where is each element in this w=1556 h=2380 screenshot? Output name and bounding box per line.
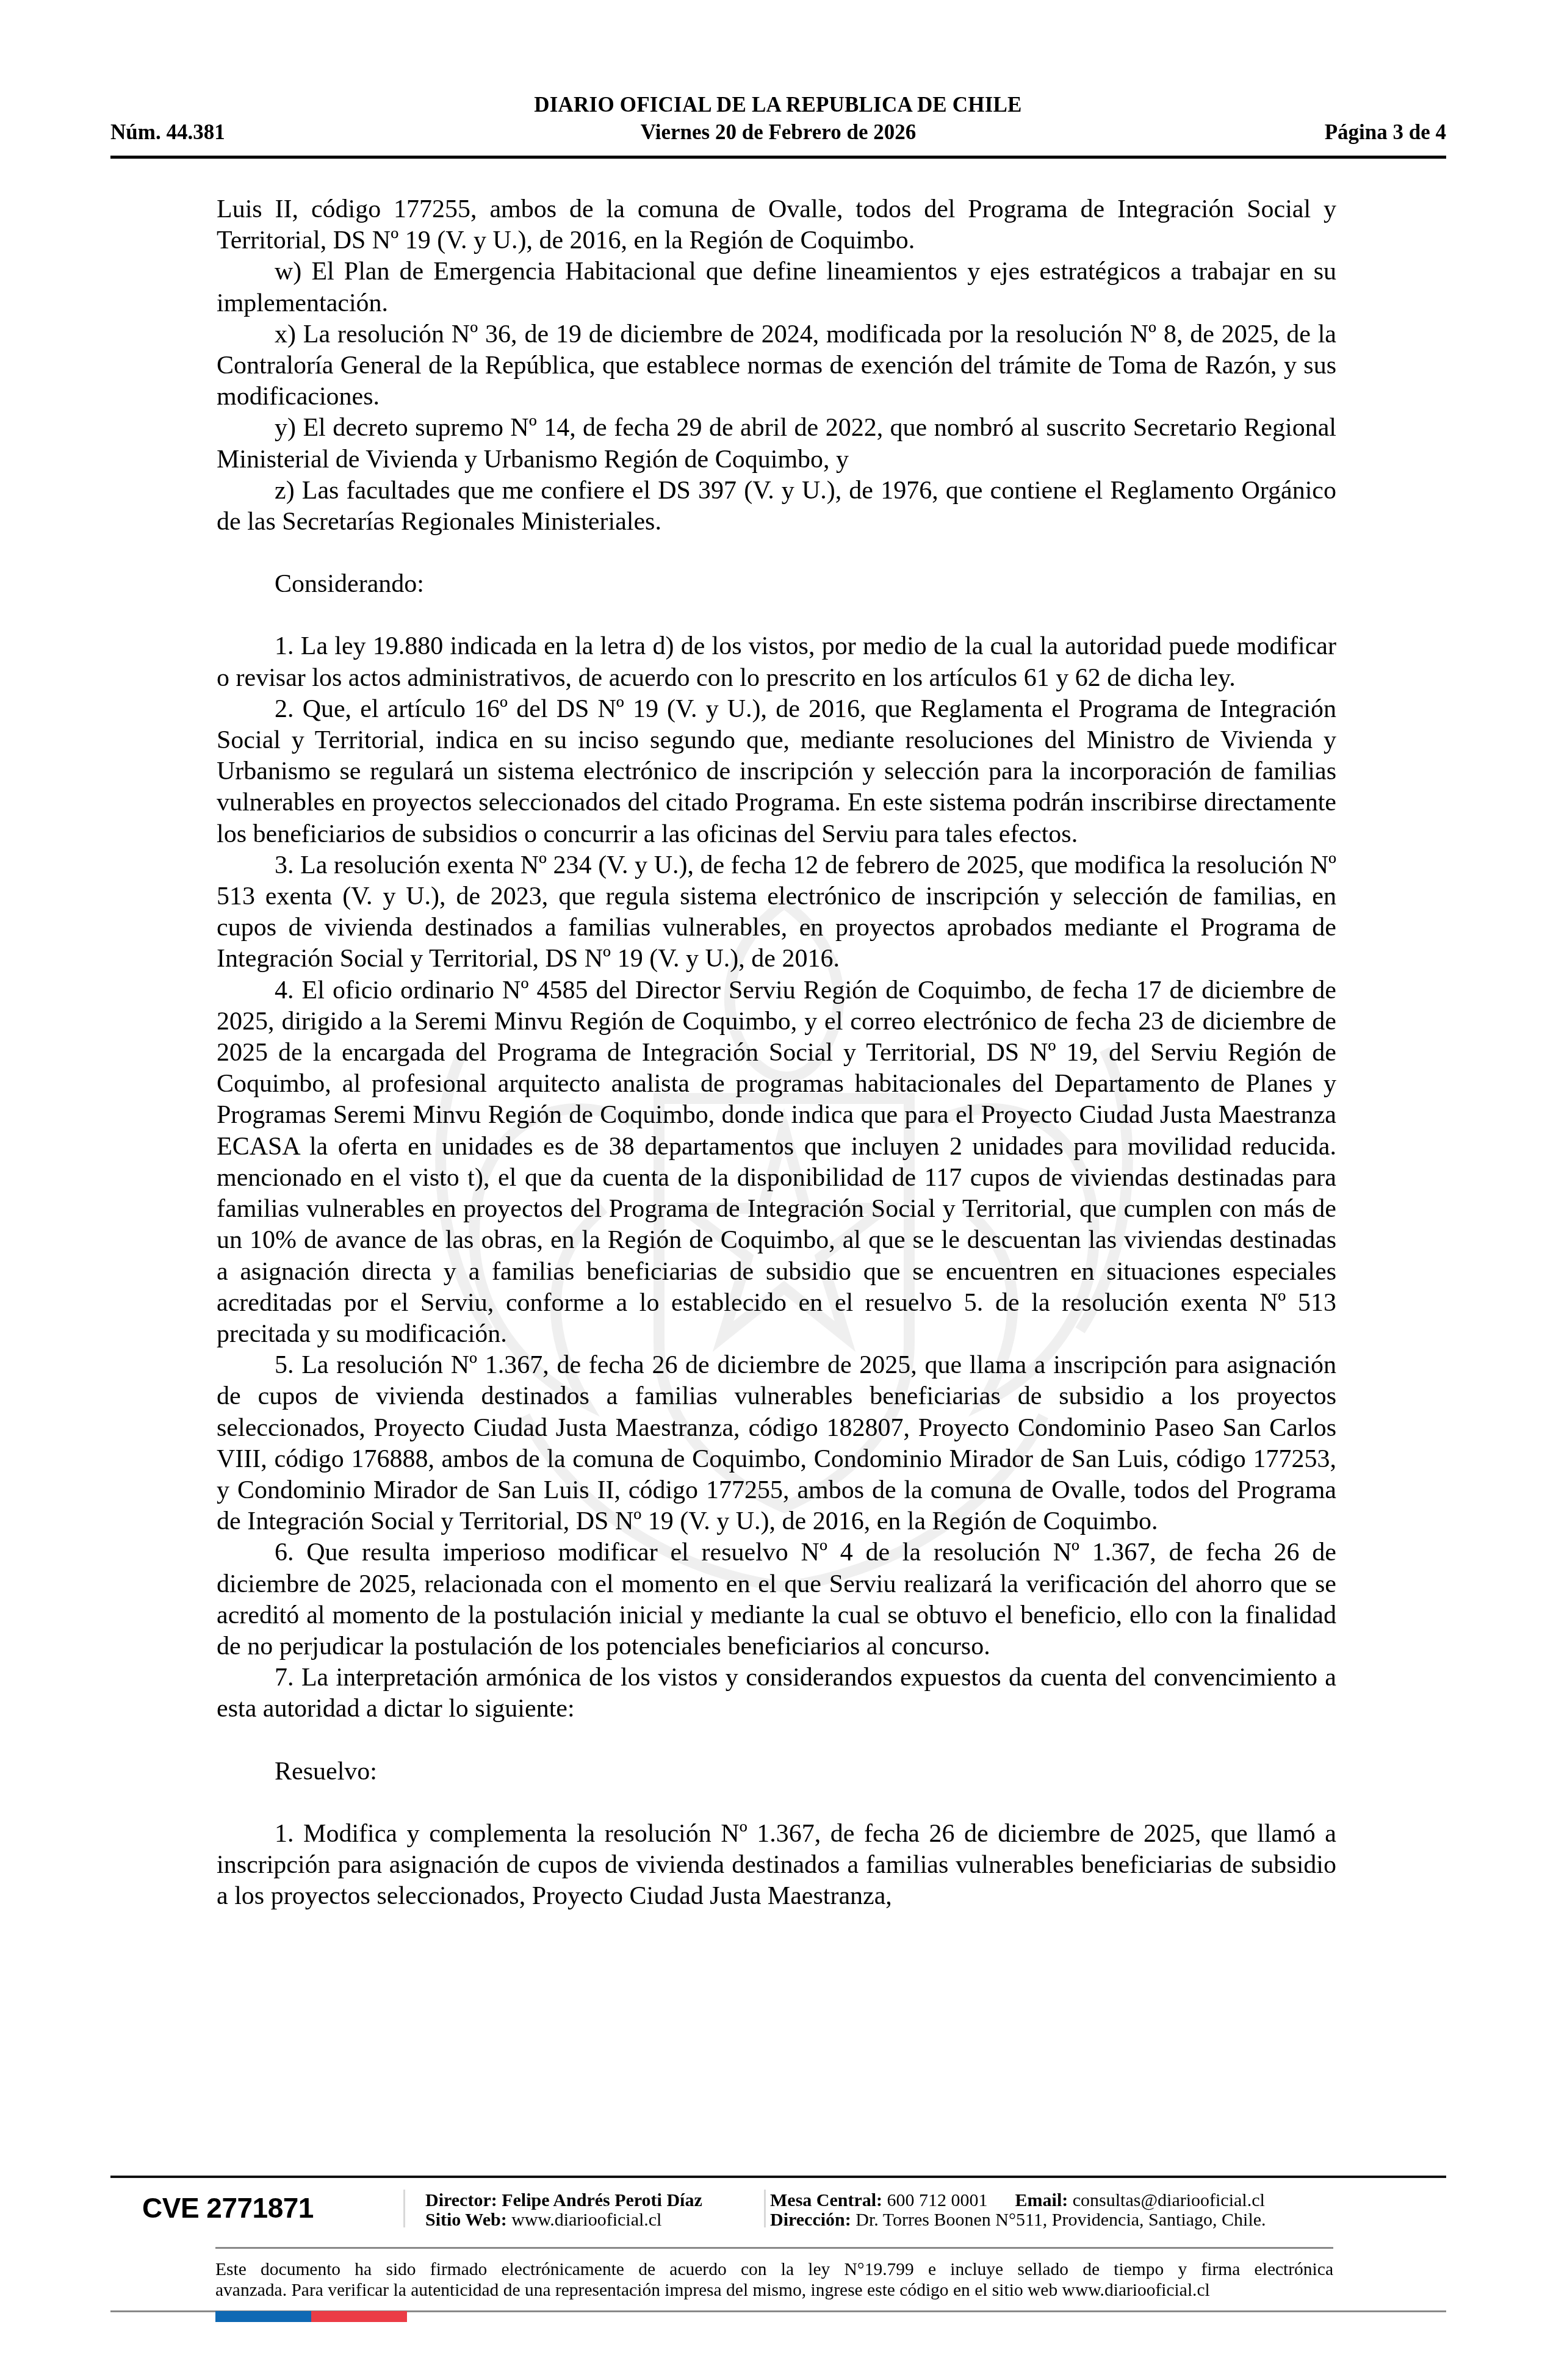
electronic-signature-notice: Este documento ha sido firmado electróni…	[215, 2259, 1333, 2301]
chile-flag-bar	[215, 2311, 407, 2322]
director-label: Director:	[425, 2190, 497, 2210]
website-line: Sitio Web: www.diariooficial.cl	[425, 2210, 702, 2230]
paragraph-considerando-3: 3. La resolución exenta Nº 234 (V. y U.)…	[217, 850, 1336, 975]
address-line: Dirección: Dr. Torres Boonen N°511, Prov…	[770, 2210, 1266, 2230]
paragraph-visto-w: w) El Plan de Emergencia Habitacional qu…	[217, 256, 1336, 319]
footer-column-separator	[764, 2190, 766, 2227]
paragraph-continuation: Luis II, código 177255, ambos de la comu…	[217, 194, 1336, 256]
paragraph-visto-z: z) Las facultades que me confiere el DS …	[217, 475, 1336, 538]
page-indicator: Página 3 de 4	[1325, 120, 1446, 145]
section-heading-resuelvo: Resuelvo:	[217, 1756, 1336, 1787]
header-row: Núm. 44.381 Viernes 20 de Febrero de 202…	[110, 120, 1446, 145]
paragraph-considerando-6: 6. Que resulta imperioso modificar el re…	[217, 1537, 1336, 1662]
flag-red-segment	[311, 2311, 407, 2322]
footer-top-divider	[110, 2176, 1446, 2178]
section-heading-considerando: Considerando:	[217, 569, 1336, 600]
paragraph-considerando-2: 2. Que, el artículo 16º del DS Nº 19 (V.…	[217, 694, 1336, 850]
document-body: Luis II, código 177255, ambos de la comu…	[217, 194, 1336, 1912]
publication-title: DIARIO OFICIAL DE LA REPUBLICA DE CHILE	[0, 93, 1556, 117]
notice-line-2: avanzada. Para verificar la autenticidad…	[215, 2280, 1333, 2301]
paragraph-visto-x: x) La resolución Nº 36, de 19 de diciemb…	[217, 319, 1336, 413]
director-name: Felipe Andrés Peroti Díaz	[502, 2190, 702, 2210]
email-label: Email:	[1015, 2190, 1068, 2210]
phone-label: Mesa Central:	[770, 2190, 882, 2210]
cve-code: CVE 2771871	[142, 2191, 314, 2225]
paragraph-visto-y: y) El decreto supremo Nº 14, de fecha 29…	[217, 413, 1336, 475]
footer-director-column: Director: Felipe Andrés Peroti Díaz Siti…	[425, 2191, 702, 2230]
issue-date: Viernes 20 de Febrero de 2026	[110, 120, 1446, 145]
website-label: Sitio Web:	[425, 2210, 507, 2230]
phone-number: 600 712 0001	[887, 2190, 988, 2210]
paragraph-considerando-7: 7. La interpretación armónica de los vis…	[217, 1662, 1336, 1725]
email-link[interactable]: consultas@diariooficial.cl	[1073, 2190, 1265, 2210]
address-label: Dirección:	[770, 2210, 851, 2230]
director-line: Director: Felipe Andrés Peroti Díaz	[425, 2191, 702, 2210]
header-divider	[110, 156, 1446, 159]
paragraph-considerando-5: 5. La resolución Nº 1.367, de fecha 26 d…	[217, 1350, 1336, 1537]
paragraph-considerando-1: 1. La ley 19.880 indicada en la letra d)…	[217, 631, 1336, 693]
contact-line: Mesa Central: 600 712 0001 Email: consul…	[770, 2191, 1266, 2210]
website-link[interactable]: www.diariooficial.cl	[511, 2210, 661, 2230]
footer-column-separator	[403, 2190, 405, 2227]
paragraph-considerando-4: 4. El oficio ordinario Nº 4585 del Direc…	[217, 975, 1336, 1350]
paragraph-resuelvo-1: 1. Modifica y complementa la resolución …	[217, 1819, 1336, 1913]
footer-middle-divider	[215, 2247, 1333, 2249]
notice-line-1: Este documento ha sido firmado electróni…	[215, 2259, 1333, 2280]
flag-blue-segment	[215, 2311, 311, 2322]
footer-contact-column: Mesa Central: 600 712 0001 Email: consul…	[770, 2191, 1266, 2230]
address-text: Dr. Torres Boonen N°511, Providencia, Sa…	[855, 2210, 1266, 2230]
